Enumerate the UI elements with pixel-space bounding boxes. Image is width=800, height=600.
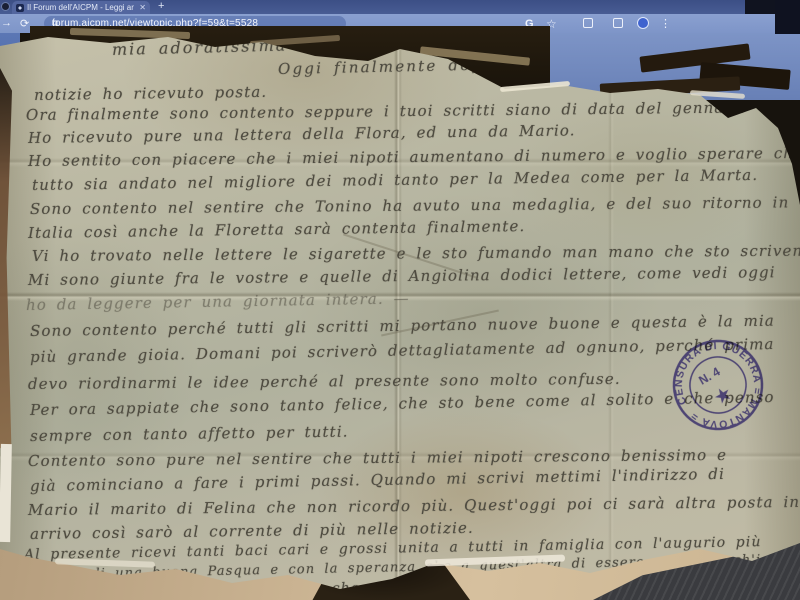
handwritten-line: devo riordinarmi le idee perché al prese…: [28, 370, 621, 393]
handwritten-line: notizie ho ricevuto posta.: [34, 83, 267, 104]
handwritten-line: Sono contento perché tutti gli scritti m…: [30, 312, 775, 340]
tab-title: Il Forum dell'AICPM - Leggi ar: [27, 3, 136, 12]
reload-icon[interactable]: ⟳: [20, 17, 29, 30]
screen-bezel: [775, 0, 800, 34]
side-panel-icon[interactable]: [583, 18, 593, 28]
handwritten-line: già cominciano a fare i primi passi. Qua…: [30, 465, 725, 495]
tab-favicon-icon: [16, 4, 24, 12]
handwritten-line: Vi ho trovato nelle lettere le sigarette…: [32, 241, 800, 265]
tab-close-icon[interactable]: ✕: [139, 3, 146, 12]
handwritten-line: sempre con tanto affetto per tutti.: [30, 423, 349, 445]
browser-tab-bar: Il Forum dell'AICPM - Leggi ar ✕: [0, 0, 745, 14]
handwritten-line: Sono contento nel sentire che Tonino ha …: [30, 193, 789, 218]
photo-of-letter-on-desk: Il Forum dell'AICPM - Leggi ar ✕ + → ⟳ ⧉…: [0, 0, 800, 600]
new-tab-button[interactable]: +: [158, 0, 164, 12]
forward-icon[interactable]: →: [1, 17, 12, 29]
paper-edge-sliver: [0, 444, 12, 542]
menu-kebab-icon[interactable]: ⋮: [660, 17, 671, 30]
handwritten-line: Ho ricevuto pure una lettera della Flora…: [28, 121, 576, 147]
extensions-icon[interactable]: [613, 18, 623, 28]
stamp-star-icon: ★: [710, 382, 737, 410]
profile-avatar[interactable]: [637, 17, 649, 29]
handwritten-line: Mario il marito di Felina che non ricord…: [28, 493, 800, 519]
handwritten-line: Italia così anche la Floretta sarà conte…: [28, 217, 526, 242]
window-icon: [1, 2, 10, 11]
browser-tab[interactable]: Il Forum dell'AICPM - Leggi ar ✕: [12, 1, 150, 14]
